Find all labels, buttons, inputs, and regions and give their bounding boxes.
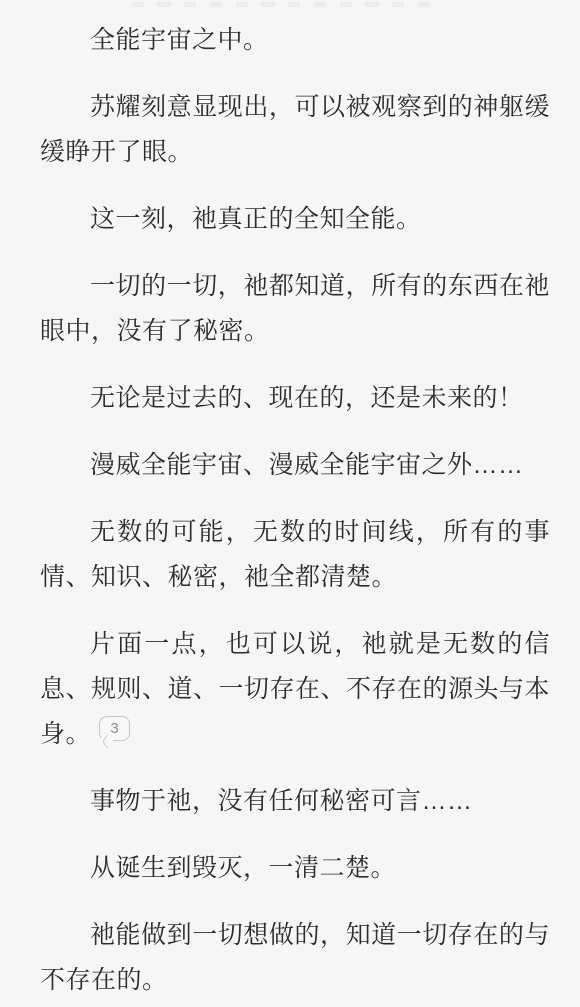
text-line: 无论是过去的、现在的，还是未来的！: [40, 376, 550, 421]
text-line: 从诞生到毁灭，一清二楚。: [40, 846, 550, 891]
text-line: 全能宇宙之中。: [40, 18, 550, 63]
text-line-fragment: 身。: [40, 720, 91, 748]
text-line: 息、规则、道、一切存在、不存在的源头与本: [40, 667, 550, 712]
text-line: 这一刻，祂真正的全知全能。: [40, 197, 550, 242]
text-line: 身。3: [40, 712, 550, 757]
paragraph: 全能宇宙之中。: [40, 18, 550, 63]
text-line: 无数的可能，无数的时间线，所有的事: [40, 510, 550, 555]
paragraph: 片面一点，也可以说，祂就是无数的信 息、规则、道、一切存在、不存在的源头与本 身…: [40, 622, 550, 757]
text-line: 情、知识、秘密，祂全都清楚。: [40, 555, 550, 600]
text-line: 片面一点，也可以说，祂就是无数的信: [40, 622, 550, 667]
text-line: 祂能做到一切想做的，知道一切存在的与: [40, 913, 550, 958]
text-line: 眼中，没有了秘密。: [40, 309, 550, 354]
paragraph: 这一刻，祂真正的全知全能。: [40, 197, 550, 242]
paragraph: 苏耀刻意显现出，可以被观察到的神躯缓 缓睁开了眼。: [40, 85, 550, 175]
paragraph: 事物于祂，没有任何秘密可言……: [40, 779, 550, 824]
paragraph: 祂能做到一切想做的，知道一切存在的与 不存在的。: [40, 913, 550, 1003]
paragraph: 漫威全能宇宙、漫威全能宇宙之外……: [40, 443, 550, 488]
text-line: 漫威全能宇宙、漫威全能宇宙之外……: [40, 443, 550, 488]
text-line: 事物于祂，没有任何秘密可言……: [40, 779, 550, 824]
paragraph: 从诞生到毁灭，一清二楚。: [40, 846, 550, 891]
text-line: 一切的一切，祂都知道，所有的东西在祂: [40, 264, 550, 309]
paragraph: 一切的一切，祂都知道，所有的东西在祂 眼中，没有了秘密。: [40, 264, 550, 354]
novel-text-area: 全能宇宙之中。 苏耀刻意显现出，可以被观察到的神躯缓 缓睁开了眼。 这一刻，祂真…: [0, 0, 580, 1007]
comment-count: 3: [100, 717, 129, 740]
paragraph: 无论是过去的、现在的，还是未来的！: [40, 376, 550, 421]
paragraph-comment-badge[interactable]: 3: [99, 716, 130, 741]
paragraph: 无数的可能，无数的时间线，所有的事 情、知识、秘密，祂全都清楚。: [40, 510, 550, 600]
text-line: 不存在的。: [40, 958, 550, 1003]
text-line: 苏耀刻意显现出，可以被观察到的神躯缓: [40, 85, 550, 130]
reader-page: 全能宇宙之中。 苏耀刻意显现出，可以被观察到的神躯缓 缓睁开了眼。 这一刻，祂真…: [0, 0, 580, 1007]
text-line: 缓睁开了眼。: [40, 130, 550, 175]
